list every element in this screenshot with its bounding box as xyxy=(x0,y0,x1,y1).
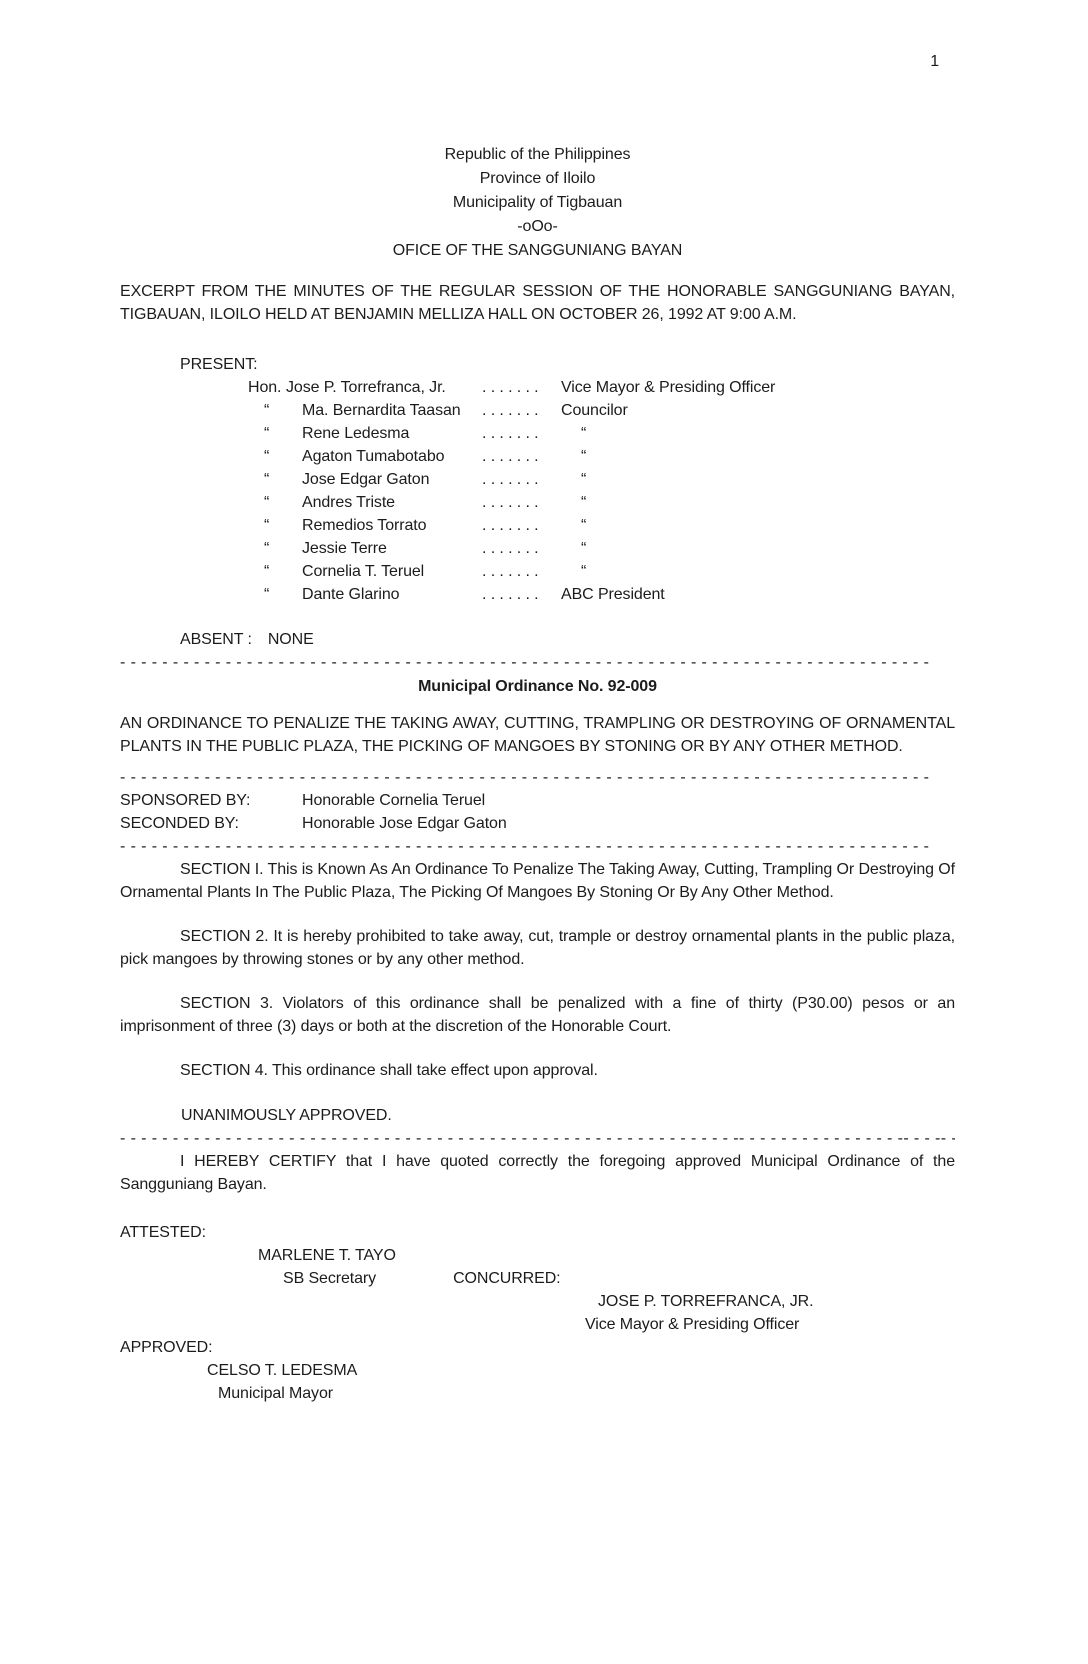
attendee-row: “ Jessie Terre . . . . . . . “ xyxy=(248,537,955,560)
attendee-role: “ xyxy=(561,468,955,491)
attendee-role: ABC President xyxy=(561,583,955,606)
concurred-label: CONCURRED: xyxy=(453,1267,560,1290)
absent-value: NONE xyxy=(268,631,314,648)
attendee-role: Vice Mayor & Presiding Officer xyxy=(561,376,955,399)
dashed-divider: - - - - - - - - - - - - - - - - - - - - … xyxy=(120,1127,955,1150)
section-1-paragraph: SECTION I. This is Known As An Ordinance… xyxy=(120,858,955,904)
dashed-divider: - - - - - - - - - - - - - - - - - - - - … xyxy=(120,835,955,858)
attendee-list: Hon. Jose P. Torrefranca, Jr. . . . . . … xyxy=(248,376,955,606)
present-label: PRESENT: xyxy=(180,353,955,376)
attendee-dots: . . . . . . . xyxy=(482,514,561,537)
attendee-name: Ma. Bernardita Taasan xyxy=(286,399,482,422)
attendee-role: “ xyxy=(561,422,955,445)
dashed-divider: - - - - - - - - - - - - - - - - - - - - … xyxy=(120,766,955,789)
signature-vice-mayor-title: Vice Mayor & Presiding Officer xyxy=(585,1313,955,1336)
attendee-prefix: “ xyxy=(248,583,286,606)
ordinance-title: Municipal Ordinance No. 92-009 xyxy=(120,675,955,698)
seconded-label: SECONDED BY: xyxy=(120,812,302,835)
seconded-line: SECONDED BY: Honorable Jose Edgar Gaton xyxy=(120,812,955,835)
approved-label: APPROVED: xyxy=(120,1336,955,1359)
absent-line: ABSENT :NONE xyxy=(180,628,955,651)
signature-vice-mayor-name: JOSE P. TORREFRANCA, JR. xyxy=(598,1290,955,1313)
sponsored-line: SPONSORED BY: Honorable Cornelia Teruel xyxy=(120,789,955,812)
sponsored-value: Honorable Cornelia Teruel xyxy=(302,789,485,812)
attendee-prefix: “ xyxy=(248,514,286,537)
header-municipality: Municipality of Tigbauan xyxy=(120,191,955,215)
attendee-role: “ xyxy=(561,560,955,583)
attendee-dots: . . . . . . . xyxy=(482,399,561,422)
signature-mayor-name: CELSO T. LEDESMA xyxy=(207,1359,955,1382)
attendee-dots: . . . . . . . xyxy=(482,560,561,583)
attendee-role: “ xyxy=(561,537,955,560)
attendee-dots: . . . . . . . xyxy=(482,583,561,606)
signature-secretary-title: SB Secretary xyxy=(283,1267,376,1290)
attendee-role: “ xyxy=(561,514,955,537)
certification-paragraph: I HEREBY CERTIFY that I have quoted corr… xyxy=(120,1150,955,1196)
attendee-name: Agaton Tumabotabo xyxy=(286,445,482,468)
attendee-name: Dante Glarino xyxy=(286,583,482,606)
attendee-prefix: “ xyxy=(248,422,286,445)
attendee-name: Jose P. Torrefranca, Jr. xyxy=(286,376,482,399)
sponsored-label: SPONSORED BY: xyxy=(120,789,302,812)
header-office: OFICE OF THE SANGGUNIANG BAYAN xyxy=(120,239,955,263)
document-page: 1 Republic of the Philippines Province o… xyxy=(0,0,1088,1664)
attendee-name: Cornelia T. Teruel xyxy=(286,560,482,583)
attendee-prefix: “ xyxy=(248,491,286,514)
attendee-dots: . . . . . . . xyxy=(482,537,561,560)
attendee-dots: . . . . . . . xyxy=(482,468,561,491)
attendee-dots: . . . . . . . xyxy=(482,376,561,399)
attendee-prefix: “ xyxy=(248,537,286,560)
attendee-name: Rene Ledesma xyxy=(286,422,482,445)
signature-secretary-line: SB Secretary CONCURRED: xyxy=(283,1267,955,1290)
page-number: 1 xyxy=(120,50,955,73)
excerpt-paragraph: EXCERPT FROM THE MINUTES OF THE REGULAR … xyxy=(120,280,955,326)
attested-label: ATTESTED: xyxy=(120,1221,955,1244)
section-3-paragraph: SECTION 3. Violators of this ordinance s… xyxy=(120,992,955,1038)
section-4-paragraph: SECTION 4. This ordinance shall take eff… xyxy=(120,1059,955,1082)
attendee-row: “ Cornelia T. Teruel . . . . . . . “ xyxy=(248,560,955,583)
dashed-divider: - - - - - - - - - - - - - - - - - - - - … xyxy=(120,651,955,674)
attendee-prefix: “ xyxy=(248,399,286,422)
attendee-prefix: “ xyxy=(248,560,286,583)
seconded-value: Honorable Jose Edgar Gaton xyxy=(302,812,507,835)
attendee-row: “ Remedios Torrato . . . . . . . “ xyxy=(248,514,955,537)
attendee-name: Andres Triste xyxy=(286,491,482,514)
header-province: Province of Iloilo xyxy=(120,167,955,191)
signature-secretary-name: MARLENE T. TAYO xyxy=(258,1244,955,1267)
attendee-name: Remedios Torrato xyxy=(286,514,482,537)
signature-mayor-title: Municipal Mayor xyxy=(218,1382,955,1405)
attendee-row: Hon. Jose P. Torrefranca, Jr. . . . . . … xyxy=(248,376,955,399)
attendee-row: “ Rene Ledesma . . . . . . . “ xyxy=(248,422,955,445)
attendee-name: Jessie Terre xyxy=(286,537,482,560)
absent-label: ABSENT : xyxy=(180,631,252,648)
approval-statement: UNANIMOUSLY APPROVED. xyxy=(181,1104,955,1127)
document-header: Republic of the Philippines Province of … xyxy=(120,143,955,263)
attendee-role: Councilor xyxy=(561,399,955,422)
attendee-dots: . . . . . . . xyxy=(482,491,561,514)
header-separator: -oOo- xyxy=(120,215,955,239)
attendee-row: “ Andres Triste . . . . . . . “ xyxy=(248,491,955,514)
attendee-prefix: “ xyxy=(248,445,286,468)
attendee-role: “ xyxy=(561,445,955,468)
header-republic: Republic of the Philippines xyxy=(120,143,955,167)
attendee-name: Jose Edgar Gaton xyxy=(286,468,482,491)
ordinance-summary: AN ORDINANCE TO PENALIZE THE TAKING AWAY… xyxy=(120,712,955,758)
attendee-prefix: “ xyxy=(248,468,286,491)
attendee-role: “ xyxy=(561,491,955,514)
attendee-row: “ Ma. Bernardita Taasan . . . . . . . Co… xyxy=(248,399,955,422)
attendee-row: “ Jose Edgar Gaton . . . . . . . “ xyxy=(248,468,955,491)
attendee-row: “ Agaton Tumabotabo . . . . . . . “ xyxy=(248,445,955,468)
section-2-paragraph: SECTION 2. It is hereby prohibited to ta… xyxy=(120,925,955,971)
attendee-row: “ Dante Glarino . . . . . . . ABC Presid… xyxy=(248,583,955,606)
attendee-dots: . . . . . . . xyxy=(482,422,561,445)
attendee-dots: . . . . . . . xyxy=(482,445,561,468)
attendee-prefix: Hon. xyxy=(248,376,286,399)
